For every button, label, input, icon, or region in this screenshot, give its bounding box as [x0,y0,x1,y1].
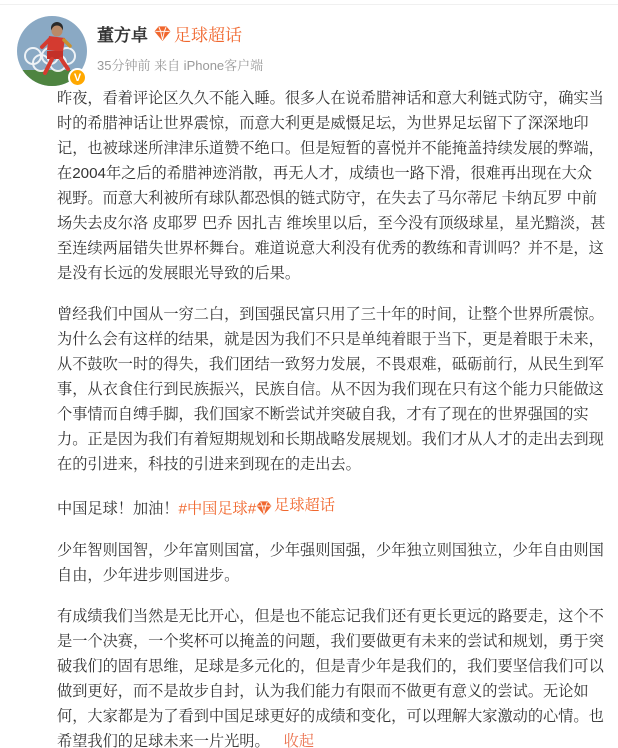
supertopic-gem-icon [154,25,171,42]
post-body: 昨夜，看着评论区久久不能入睡。很多人在说希腊神话和意大利链式防守，确实当时的希腊… [57,86,606,748]
supertopic-badge[interactable]: 足球超话 [154,21,242,46]
supertopic-link-label: 足球超话 [274,493,335,518]
top-divider [0,4,618,5]
paragraph-5-text: 有成绩我们当然是无比开心，但是也不能忘记我们还有更长更远的路要走，这个不是一个决… [57,608,604,748]
supertopic-gem-icon [256,498,272,514]
paragraph-1: 昨夜，看着评论区久久不能入睡。很多人在说希腊神话和意大利链式防守，确实当时的希腊… [57,86,606,286]
hashtag-link[interactable]: #中国足球# [179,501,257,518]
paragraph-4: 少年智则国智，少年富则国富，少年强则国强，少年独立则国独立，少年自由则国自由，少… [57,538,606,588]
username[interactable]: 董方卓 [97,21,148,46]
supertopic-badge-label: 足球超话 [174,21,242,46]
slogan-text: 中国足球！加油！ [57,501,179,518]
verified-badge-icon: V [68,68,87,87]
paragraph-3: 中国足球！加油！#中国足球#足球超话 [57,493,606,522]
post-header: V 董方卓 足球超话 35分钟前 来自 iPhone客户 [17,16,263,86]
supertopic-link[interactable]: 足球超话 [256,493,335,518]
header-text: 董方卓 足球超话 35分钟前 来自 iPhone客户端 [97,16,263,74]
avatar[interactable]: V [17,16,87,86]
paragraph-2: 曾经我们中国从一穷二白，到国强民富只用了三十年的时间，让整个世界所震惊。为什么会… [57,302,606,477]
collapse-link[interactable]: 收起 [284,733,314,748]
paragraph-5: 有成绩我们当然是无比开心，但是也不能忘记我们还有更长更远的路要走，这个不是一个决… [57,604,606,748]
post-meta: 35分钟前 来自 iPhone客户端 [97,55,263,74]
